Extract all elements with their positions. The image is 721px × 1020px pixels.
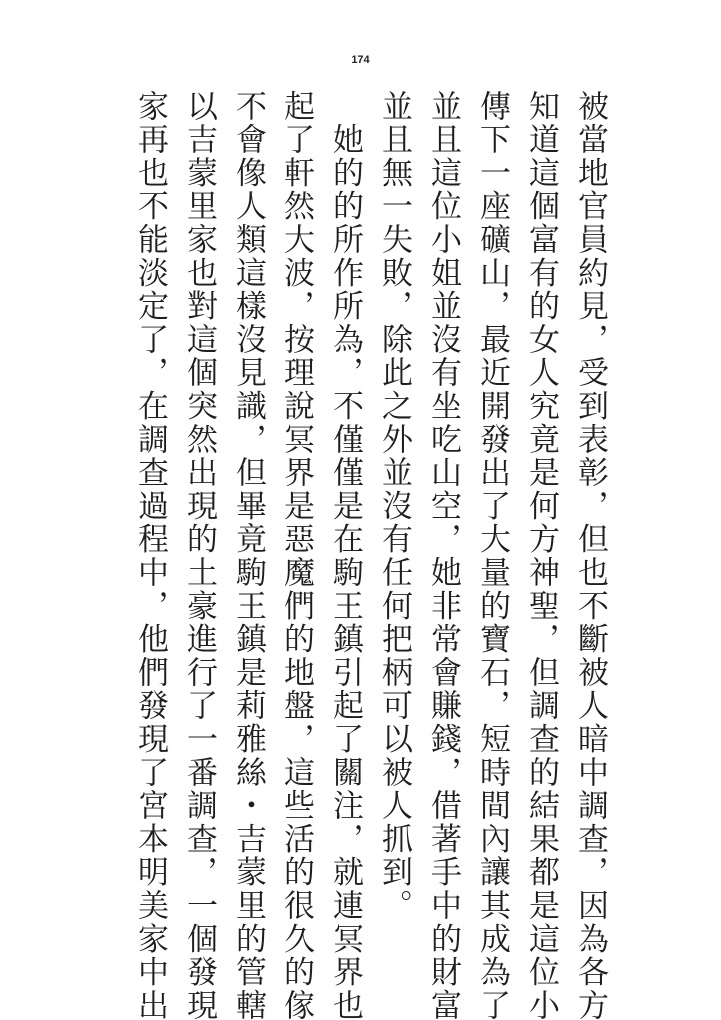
text-column-7: 起了軒然大波，按理說冥界是惡魔們的地盤，這些活的很久的傢伙們自然 — [276, 90, 316, 970]
text-column-5: 並且無一失敗，除此之外並沒有任何把柄可以被人抓到。 — [374, 90, 414, 970]
text-column-9: 以吉蒙里家也對這個突然出現的土豪進行了一番調查，一個發現讓吉蒙里 — [179, 90, 219, 970]
vertical-text-body: 被當地官員約見，受到表彰，但也不斷被人暗中調查，因為各方勢力都想 知道這個富有的… — [130, 90, 610, 970]
text-column-1: 被當地官員約見，受到表彰，但也不斷被人暗中調查，因為各方勢力都想 — [570, 90, 610, 970]
text-column-3: 傳下一座礦山，最近開發出了大量的寶石，短時間內讓其成為了大富豪， — [472, 90, 512, 970]
text-column-6: 她的的所作所為，不僅僅是在駒王鎮引起了關注，就連冥界也因此掀 — [325, 90, 365, 970]
text-column-2: 知道這個富有的女人究竟是何方神聖，但調查的結果都是這位小姐家中祖 — [521, 90, 561, 970]
text-column-4: 並且這位小姐並沒有坐吃山空，她非常會賺錢，借著手中的財富做生意， — [423, 90, 463, 970]
text-column-8: 不會像人類這樣沒見識，但畢竟駒王鎮是莉雅絲・吉蒙里的管轄範圍，所 — [228, 90, 268, 970]
page-number: 174 — [0, 54, 721, 66]
text-column-10: 家再也不能淡定了，在調查過程中，他們發現了宮本明美家中出產寶石的 — [130, 90, 170, 970]
